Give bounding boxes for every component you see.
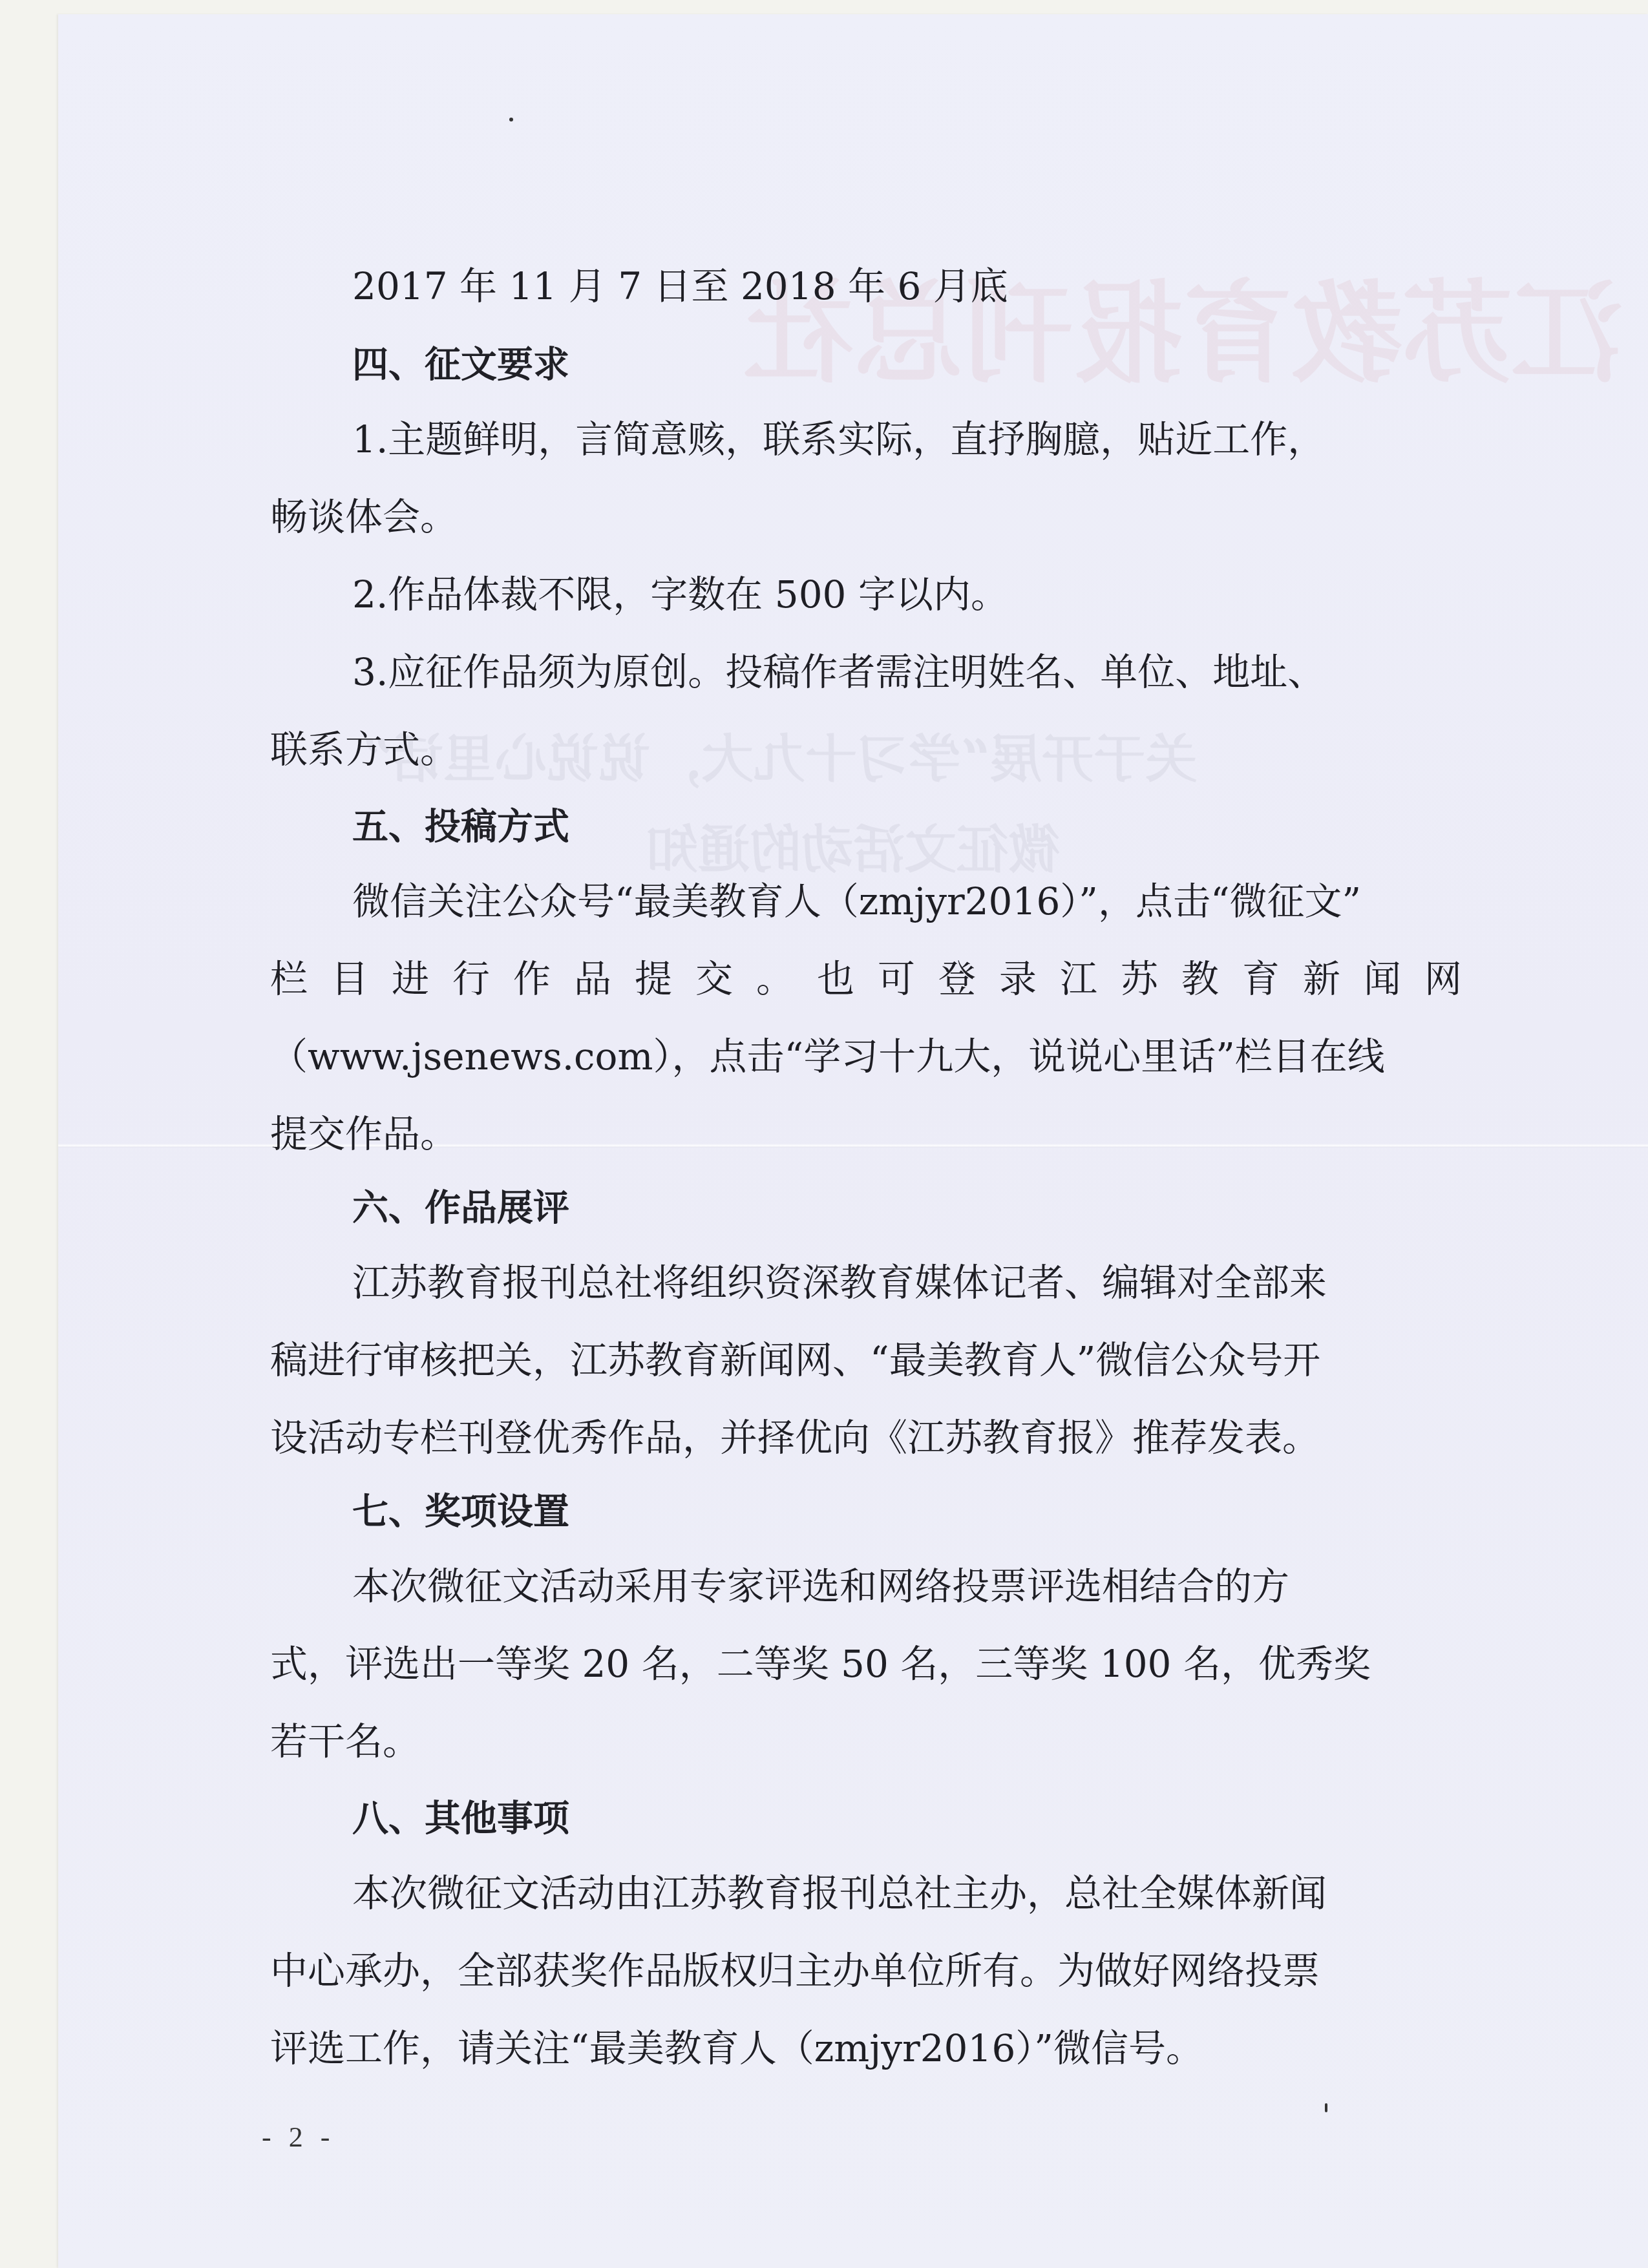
period-line: 2017 年 11 月 7 日至 2018 年 6 月底 (352, 264, 1008, 309)
page-number: - 2 - (262, 2121, 335, 2154)
scan-speck (1325, 2103, 1327, 2112)
s4-item1-line1: 1.主题鲜明，言简意赅，联系实际，直抒胸臆，贴近工作， (352, 417, 1325, 462)
s5-line2: 栏目进行作品提交。也可登录江苏教育新闻网 (270, 956, 1485, 1002)
s6-line3: 设活动专栏刊登优秀作品，并择优向《江苏教育报》推荐发表。 (270, 1415, 1320, 1460)
section-6-heading: 六、作品展评 (352, 1186, 569, 1231)
s8-line1: 本次微征文活动由江苏教育报刊总社主办，总社全媒体新闻 (352, 1871, 1327, 1916)
s7-line3: 若干名。 (270, 1719, 420, 1764)
s8-line3: 评选工作，请关注“最美教育人（zmjyr2016）”微信号。 (270, 2026, 1203, 2071)
section-4-heading: 四、征文要求 (352, 342, 569, 388)
s6-line1: 江苏教育报刊总社将组织资深教育媒体记者、编辑对全部来 (352, 1260, 1327, 1305)
bleed-through-title-2: 微征文活动的通知 (646, 808, 1060, 882)
s8-line2: 中心承办，全部获奖作品版权归主办单位所有。为做好网络投票 (270, 1948, 1320, 1993)
s5-line4: 提交作品。 (270, 1111, 458, 1157)
s4-item3-line1: 3.应征作品须为原创。投稿作者需注明姓名、单位、地址、 (352, 649, 1325, 695)
s4-item1-line2: 畅谈体会。 (270, 494, 458, 540)
section-7-heading: 七、奖项设置 (352, 1489, 569, 1535)
s4-item3-line2: 联系方式。 (270, 727, 458, 772)
scan-speck (509, 118, 513, 121)
s6-line2: 稿进行审核把关，江苏教育新闻网、“最美教育人”微信公众号开 (270, 1338, 1320, 1383)
s5-line3: （www.jsenews.com），点击“学习十九大，说说心里话”栏目在线 (270, 1034, 1385, 1079)
section-8-heading: 八、其他事项 (352, 1796, 569, 1842)
s5-line1: 微信关注公众号“最美教育人（zmjyr2016）”，点击“微征文” (352, 879, 1361, 924)
s7-line1: 本次微征文活动采用专家评选和网络投票评选相结合的方 (352, 1564, 1289, 1609)
s7-line2: 式，评选出一等奖 20 名，二等奖 50 名，三等奖 100 名，优秀奖 (270, 1641, 1371, 1686)
section-5-heading: 五、投稿方式 (352, 804, 569, 850)
bleed-through-title-1: 关于开展“学习十九大，说说心里话” (362, 717, 1197, 792)
s4-item2: 2.作品体裁不限，字数在 500 字以内。 (352, 572, 1008, 617)
